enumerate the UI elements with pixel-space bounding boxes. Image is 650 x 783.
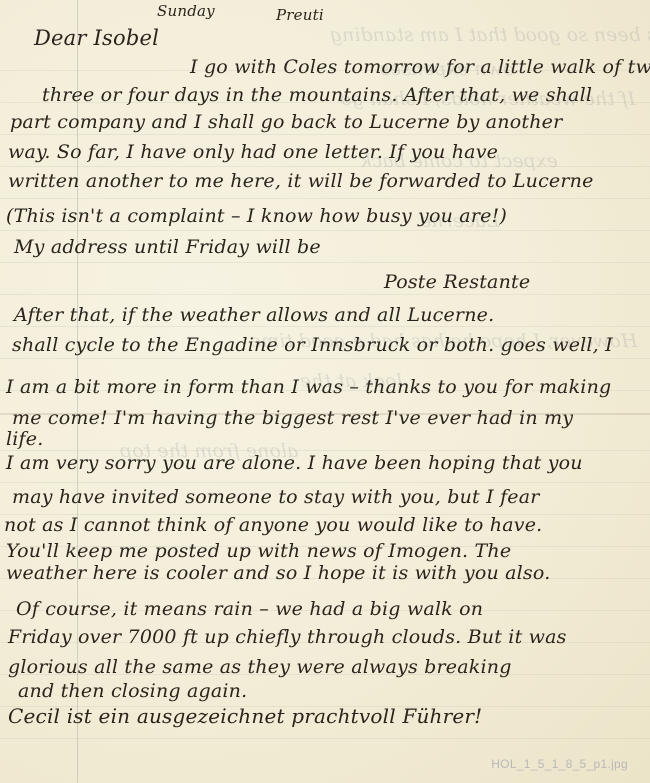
ruled-line — [0, 482, 650, 483]
bleed-through-text: He has been so good that I am standing — [330, 24, 650, 46]
letter-line: shall cycle to the Engadine or Innsbruck… — [12, 334, 613, 356]
letter-address: Poste Restante — [384, 271, 530, 293]
ruled-line — [0, 230, 650, 231]
salutation: Dear Isobel — [34, 26, 159, 50]
letter-line: weather here is cooler and so I hope it … — [6, 562, 550, 584]
letter-line: may have invited someone to stay with yo… — [12, 486, 540, 508]
ruled-line — [0, 450, 650, 451]
letter-line: and then closing again. — [18, 680, 247, 702]
ruled-line — [0, 262, 650, 263]
letter-line: not as I cannot think of anyone you woul… — [4, 514, 542, 536]
letter-line: part company and I shall go back to Luce… — [10, 111, 562, 133]
ruled-line — [0, 738, 650, 739]
ruled-line — [0, 198, 650, 199]
letter-page: He has been so good that I am standing o… — [0, 0, 650, 783]
letter-line: I am very sorry you are alone. I have be… — [6, 452, 583, 474]
letter-line: You'll keep me posted up with news of Im… — [6, 540, 511, 562]
letter-line: After that, if the weather allows and al… — [14, 304, 494, 326]
letter-closing-line: Cecil ist ein ausgezeichnet prachtvoll F… — [8, 704, 482, 728]
filename-watermark: HOL_1_5_1_8_5_p1.jpg — [491, 757, 628, 771]
letter-line: glorious all the same as they were alway… — [8, 656, 512, 678]
ruled-line — [0, 294, 650, 295]
letter-line: I go with Coles tomorrow for a little wa… — [190, 56, 650, 78]
ruled-line — [0, 358, 650, 359]
letter-line: written another to me here, it will be f… — [8, 170, 594, 192]
letter-line: I am a bit more in form than I was – tha… — [6, 376, 611, 398]
ruled-line — [0, 134, 650, 135]
letter-line: (This isn't a complaint – I know how bus… — [6, 205, 507, 227]
letter-line: Friday over 7000 ft up chiefly through c… — [8, 626, 567, 648]
ruled-line — [0, 326, 650, 327]
letter-line: Of course, it means rain – we had a big … — [16, 598, 483, 620]
letter-day: Sunday — [157, 2, 215, 20]
letter-line: way. So far, I have only had one letter.… — [8, 141, 498, 163]
letter-place: Preuti — [276, 6, 324, 24]
letter-line: three or four days in the mountains. Aft… — [42, 84, 592, 106]
letter-line: My address until Friday will be — [14, 236, 321, 258]
letter-line: life. — [6, 428, 43, 450]
letter-line: me come! I'm having the biggest rest I'v… — [12, 407, 573, 429]
